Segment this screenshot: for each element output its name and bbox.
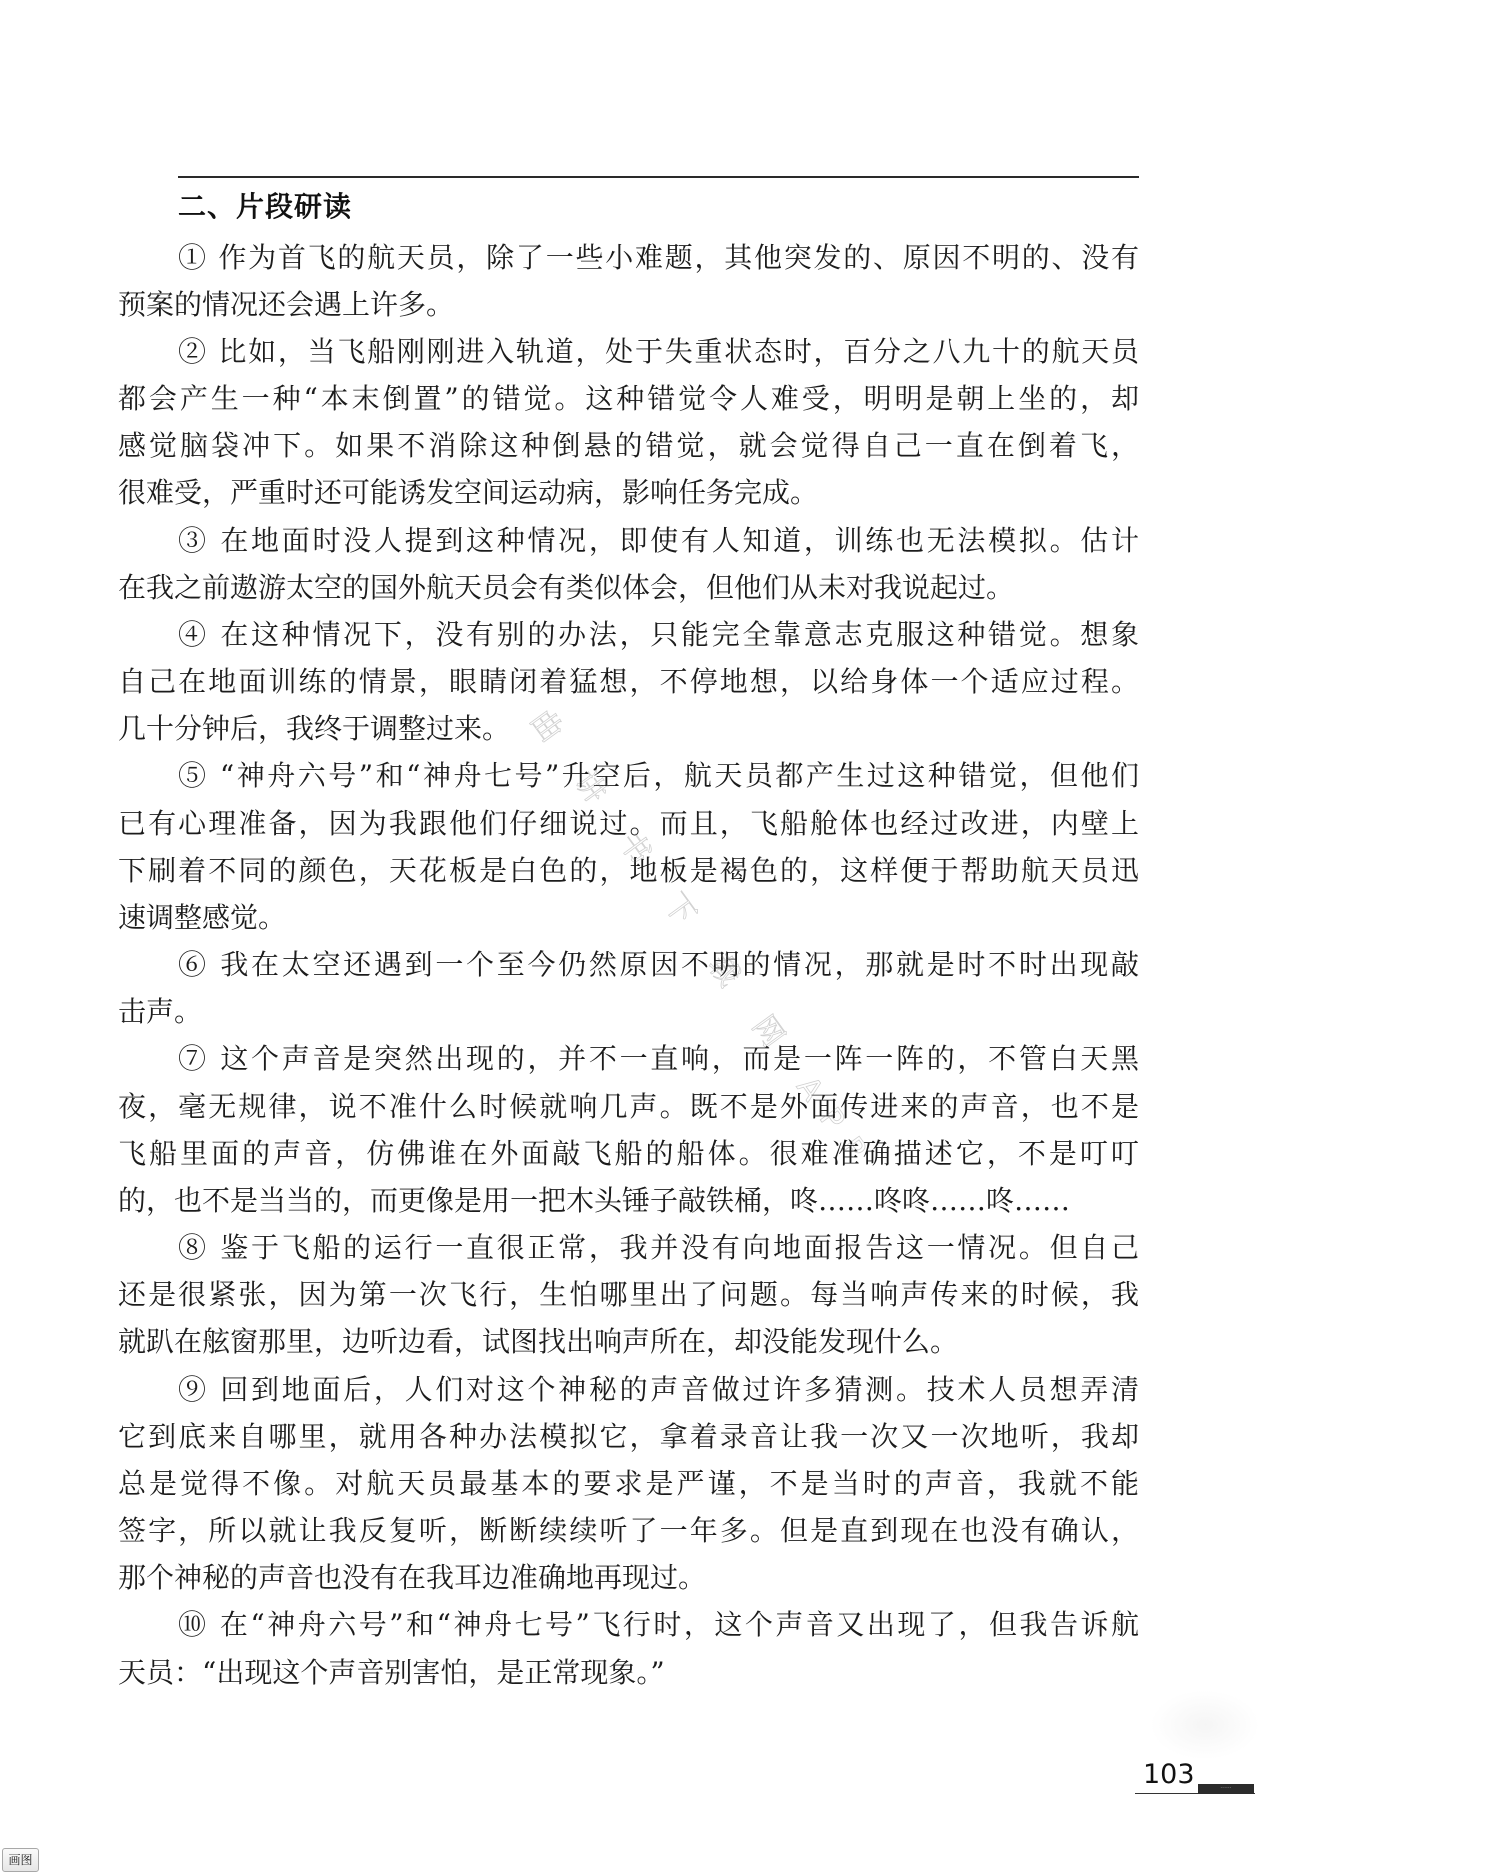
paragraph-line: ③ 在地面时没人提到这种情况，即使有人知道，训练也无法模拟。估计 bbox=[178, 517, 1139, 564]
scanned-book-page: 二、片段研读 ① 作为首飞的航天员，除了一些小难题，其他突发的、原因不明的、没有… bbox=[0, 0, 1500, 1872]
paragraph-line: 就趴在舷窗那里，边听边看，试图找出响声所在，却没能发现什么。 bbox=[118, 1318, 1139, 1365]
paragraph-line: 已有心理准备，因为我跟他们仔细说过。而且，飞船舱体也经过改进，内壁上 bbox=[118, 800, 1139, 847]
paragraph-line: 很难受，严重时还可能诱发空间运动病，影响任务完成。 bbox=[118, 469, 1139, 516]
section-heading: 二、片段研读 bbox=[178, 190, 352, 224]
paragraph-line: ⑤ “神舟六号”和“神舟七号”升空后，航天员都产生过这种错觉，但他们 bbox=[178, 752, 1139, 799]
paragraph-line: 感觉脑袋冲下。如果不消除这种倒悬的错觉，就会觉得自己一直在倒着飞， bbox=[118, 422, 1139, 469]
paragraph-line: 总是觉得不像。对航天员最基本的要求是严谨，不是当时的声音，我就不能 bbox=[118, 1460, 1139, 1507]
paragraph-line: 飞船里面的声音，仿佛谁在外面敲飞船的船体。很难准确描述它，不是叮叮 bbox=[118, 1130, 1139, 1177]
paragraph-line: 自己在地面训练的情景，眼睛闭着猛想，不停地想，以给身体一个适应过程。 bbox=[118, 658, 1139, 705]
paragraph-line: 下刷着不同的颜色，天花板是白色的，地板是褐色的，这样便于帮助航天员迅 bbox=[118, 847, 1139, 894]
paragraph-line: ⑥ 我在太空还遇到一个至今仍然原因不明的情况，那就是时不时出现敲 bbox=[178, 941, 1139, 988]
paragraph-line: 那个神秘的声音也没有在我耳边准确地再现过。 bbox=[118, 1554, 1139, 1601]
paragraph-line: 天员：“出现这个声音别害怕，是正常现象。” bbox=[118, 1649, 1139, 1696]
paragraph-line: ② 比如，当飞船刚刚进入轨道，处于失重状态时，百分之八九十的航天员 bbox=[178, 328, 1139, 375]
paragraph-line: 预案的情况还会遇上许多。 bbox=[118, 281, 1139, 328]
scan-smudge bbox=[1150, 1690, 1260, 1760]
paragraph-line: 击声。 bbox=[118, 988, 1139, 1035]
paragraph-line: 都会产生一种“本末倒置”的错觉。这种错觉令人难受，明明是朝上坐的，却 bbox=[118, 375, 1139, 422]
paragraph-line: ⑩ 在“神舟六号”和“神舟七号”飞行时，这个声音又出现了，但我告诉航 bbox=[178, 1601, 1139, 1648]
paragraph-line: ⑧ 鉴于飞船的运行一直很正常，我并没有向地面报告这一情况。但自己 bbox=[178, 1224, 1139, 1271]
paragraph-line: 的，也不是当当的，而更像是用一把木头锤子敲铁桶，咚……咚咚……咚…… bbox=[118, 1177, 1139, 1224]
paragraph-line: ④ 在这种情况下，没有别的办法，只能完全靠意志克服这种错觉。想象 bbox=[178, 611, 1139, 658]
paragraph-line: 夜，毫无规律，说不准什么时候就响几声。既不是外面传进来的声音，也不是 bbox=[118, 1083, 1139, 1130]
draw-button[interactable]: 画图 bbox=[2, 1848, 39, 1872]
paragraph-line: ⑨ 回到地面后，人们对这个神秘的声音做过许多猜测。技术人员想弄清 bbox=[178, 1366, 1139, 1413]
paragraph-line: 它到底来自哪里，就用各种办法模拟它，拿着录音让我一次又一次地听，我却 bbox=[118, 1413, 1139, 1460]
paragraph-line: ⑦ 这个声音是突然出现的，并不一直响，而是一阵一阵的，不管白天黑 bbox=[178, 1035, 1139, 1082]
paragraph-line: 几十分钟后，我终于调整过来。 bbox=[118, 705, 1139, 752]
paragraph-line: 还是很紧张，因为第一次飞行，生怕哪里出了问题。每当响声传来的时候，我 bbox=[118, 1271, 1139, 1318]
paragraph-line: ① 作为首飞的航天员，除了一些小难题，其他突发的、原因不明的、没有 bbox=[178, 234, 1139, 281]
paragraph-line: 签字，所以就让我反复听，断断续续听了一年多。但是直到现在也没有确认， bbox=[118, 1507, 1139, 1554]
page-footer-tag: ······ bbox=[1198, 1784, 1254, 1794]
top-horizontal-rule bbox=[178, 176, 1139, 178]
paragraph-line: 速调整感觉。 bbox=[118, 894, 1139, 941]
page-number: 103 bbox=[1143, 1760, 1195, 1790]
paragraph-line: 在我之前遨游太空的国外航天员会有类似体会，但他们从未对我说起过。 bbox=[118, 564, 1139, 611]
